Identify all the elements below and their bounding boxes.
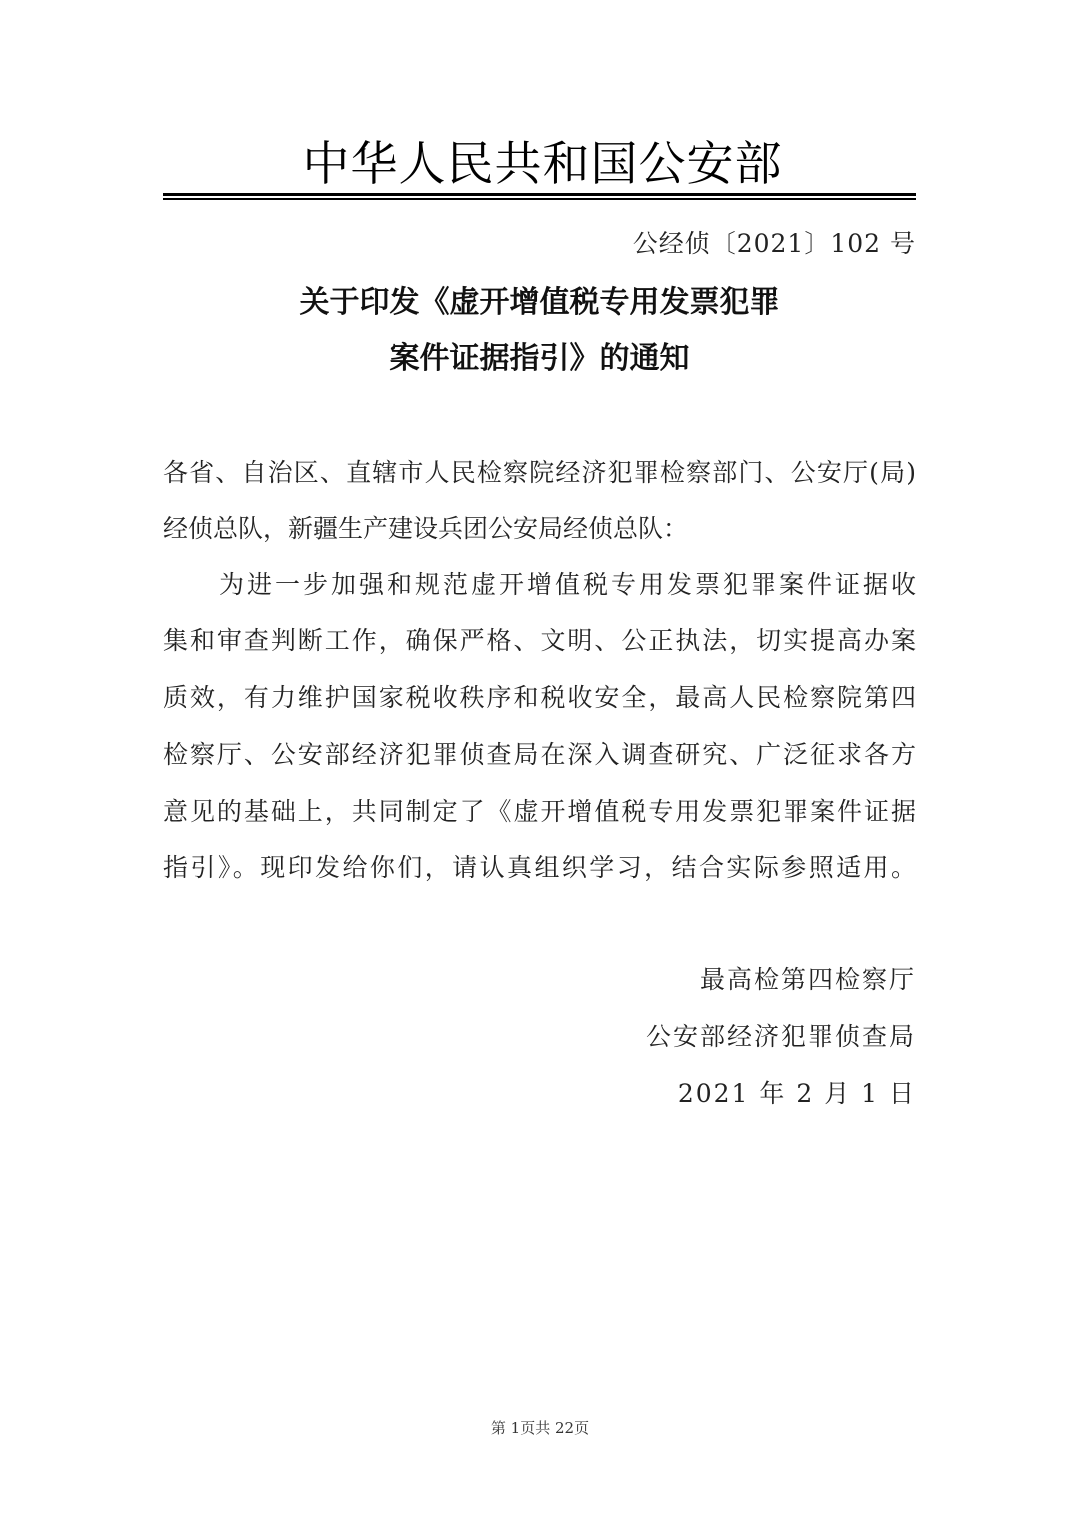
body-line: 为进一步加强和规范虚开增值税专用发票犯罪案件证据收	[163, 567, 916, 603]
document-title-line-2: 案件证据指引》的通知	[163, 339, 916, 379]
body-line: 指引》。现印发给你们，请认真组织学习，结合实际参照适用。	[163, 850, 916, 886]
document-title-line-1: 关于印发《虚开增值税专用发票犯罪	[163, 283, 916, 323]
page-indicator: 第 1页共 22页	[0, 1418, 1080, 1438]
header-rule-thick	[163, 193, 916, 196]
body-line: 质效，有力维护国家税收秩序和税收安全，最高人民检察院第四	[163, 680, 916, 716]
issuer-police-bureau: 公安部经济犯罪侦查局	[646, 1019, 916, 1055]
issuer-procuratorate: 最高检第四检察厅	[700, 962, 916, 998]
body-line: 检察厅、公安部经济犯罪侦查局在深入调查研究、广泛征求各方	[163, 737, 916, 773]
document-number: 公经侦〔2021〕102 号	[633, 226, 916, 262]
header-rule-thin	[163, 198, 916, 200]
body-line: 集和审查判断工作，确保严格、文明、公正执法，切实提高办案	[163, 623, 916, 659]
agency-header: 中华人民共和国公安部	[163, 140, 916, 190]
issue-date: 2021 年 2 月 1 日	[678, 1076, 916, 1112]
salutation-line-1: 各省、自治区、直辖市人民检察院经济犯罪检察部门、公安厅(局)	[163, 455, 916, 491]
document-page: 中华人民共和国公安部 公经侦〔2021〕102 号 关于印发《虚开增值税专用发票…	[0, 0, 1080, 1528]
salutation-line-2: 经侦总队，新疆生产建设兵团公安局经侦总队：	[163, 511, 916, 547]
body-line: 意见的基础上，共同制定了《虚开增值税专用发票犯罪案件证据	[163, 794, 916, 830]
